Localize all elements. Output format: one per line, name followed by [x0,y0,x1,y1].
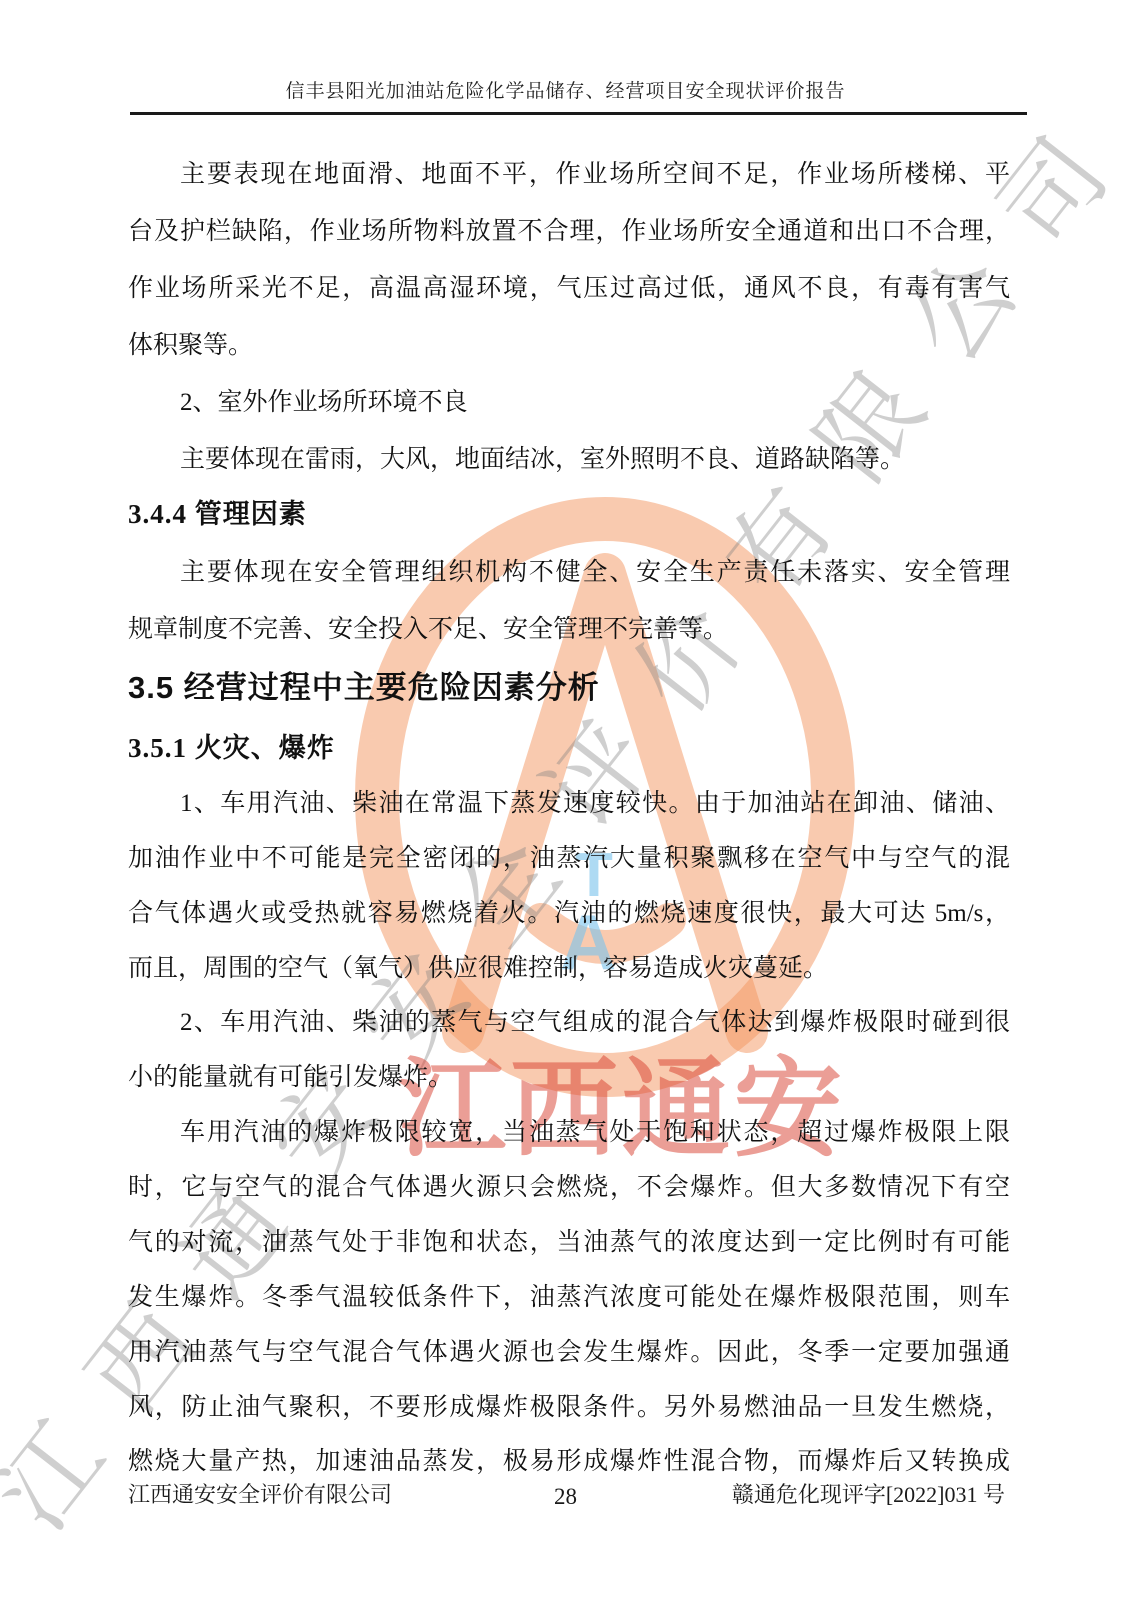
section-heading-3-5: 3.5 经营过程中主要危险因素分析 [128,668,1010,708]
red-watermark-text: 江西通安 [398,1022,846,1177]
body-line: 用汽油蒸气与空气混合气体遇火源也会发生爆炸。因此，冬季一定要加强通 [128,1333,1010,1373]
body-line: 作业场所采光不足，高温高湿环境，气压过高过低，通风不良，有毒有害气 [128,269,1010,309]
document-page: T A 江西通安安全评价有限公司 江西通安 信丰县阳光加油站危险化学品储存、经营… [0,0,1131,1600]
body-line: 加油作业中不可能是完全密闭的，油蒸汽大量积聚飘移在空气中与空气的混 [128,839,1010,879]
body-line: 2、室外作业场所环境不良 [128,383,1010,423]
body-line: 主要体现在雷雨，大风，地面结冰，室外照明不良、道路缺陷等。 [128,440,1010,480]
header-rule [130,112,1027,115]
body-line: 发生爆炸。冬季气温较低条件下，油蒸汽浓度可能处在爆炸极限范围，则车 [128,1278,1010,1318]
page-header-title: 信丰县阳光加油站危险化学品储存、经营项目安全现状评价报告 [0,76,1131,103]
footer-doc-number: 赣通危化现评字[2022]031 号 [732,1478,1005,1509]
section-heading-3-5-1: 3.5.1 火灾、爆炸 [128,728,1010,768]
body-line: 小的能量就有可能引发爆炸。 [128,1058,1010,1098]
body-line: 1、车用汽油、柴油在常温下蒸发速度较快。由于加油站在卸油、储油、 [128,784,1010,824]
body-line: 2、车用汽油、柴油的蒸气与空气组成的混合气体达到爆炸极限时碰到很 [128,1003,1010,1043]
body-line: 风，防止油气聚积，不要形成爆炸极限条件。另外易燃油品一旦发生燃烧， [128,1388,1010,1428]
body-line: 车用汽油的爆炸极限较宽，当油蒸气处于饱和状态，超过爆炸极限上限 [128,1113,1010,1153]
body-line: 主要表现在地面滑、地面不平，作业场所空间不足，作业场所楼梯、平 [128,155,1010,195]
body-line: 规章制度不完善、安全投入不足、安全管理不完善等。 [128,610,1010,650]
body-line: 时，它与空气的混合气体遇火源只会燃烧，不会爆炸。但大多数情况下有空 [128,1168,1010,1208]
body-line: 而且，周围的空气（氧气）供应很难控制，容易造成火灾蔓延。 [128,949,1010,989]
body-line: 台及护栏缺陷，作业场所物料放置不合理，作业场所安全通道和出口不合理， [128,212,1010,252]
section-heading-3-4-4: 3.4.4 管理因素 [128,494,1010,534]
body-line: 气的对流，油蒸气处于非饱和状态，当油蒸气的浓度达到一定比例时有可能 [128,1223,1010,1263]
page-footer: 江西通安安全评价有限公司 28 赣通危化现评字[2022]031 号 [0,1478,1131,1512]
body-line: 体积聚等。 [128,326,1010,366]
body-line: 合气体遇火或受热就容易燃烧着火。汽油的燃烧速度很快，最大可达 5m/s， [128,894,1010,934]
body-line: 主要体现在安全管理组织机构不健全、安全生产责任未落实、安全管理 [128,553,1010,593]
body-line: 燃烧大量产热，加速油品蒸发，极易形成爆炸性混合物，而爆炸后又转换成 [128,1442,1010,1482]
